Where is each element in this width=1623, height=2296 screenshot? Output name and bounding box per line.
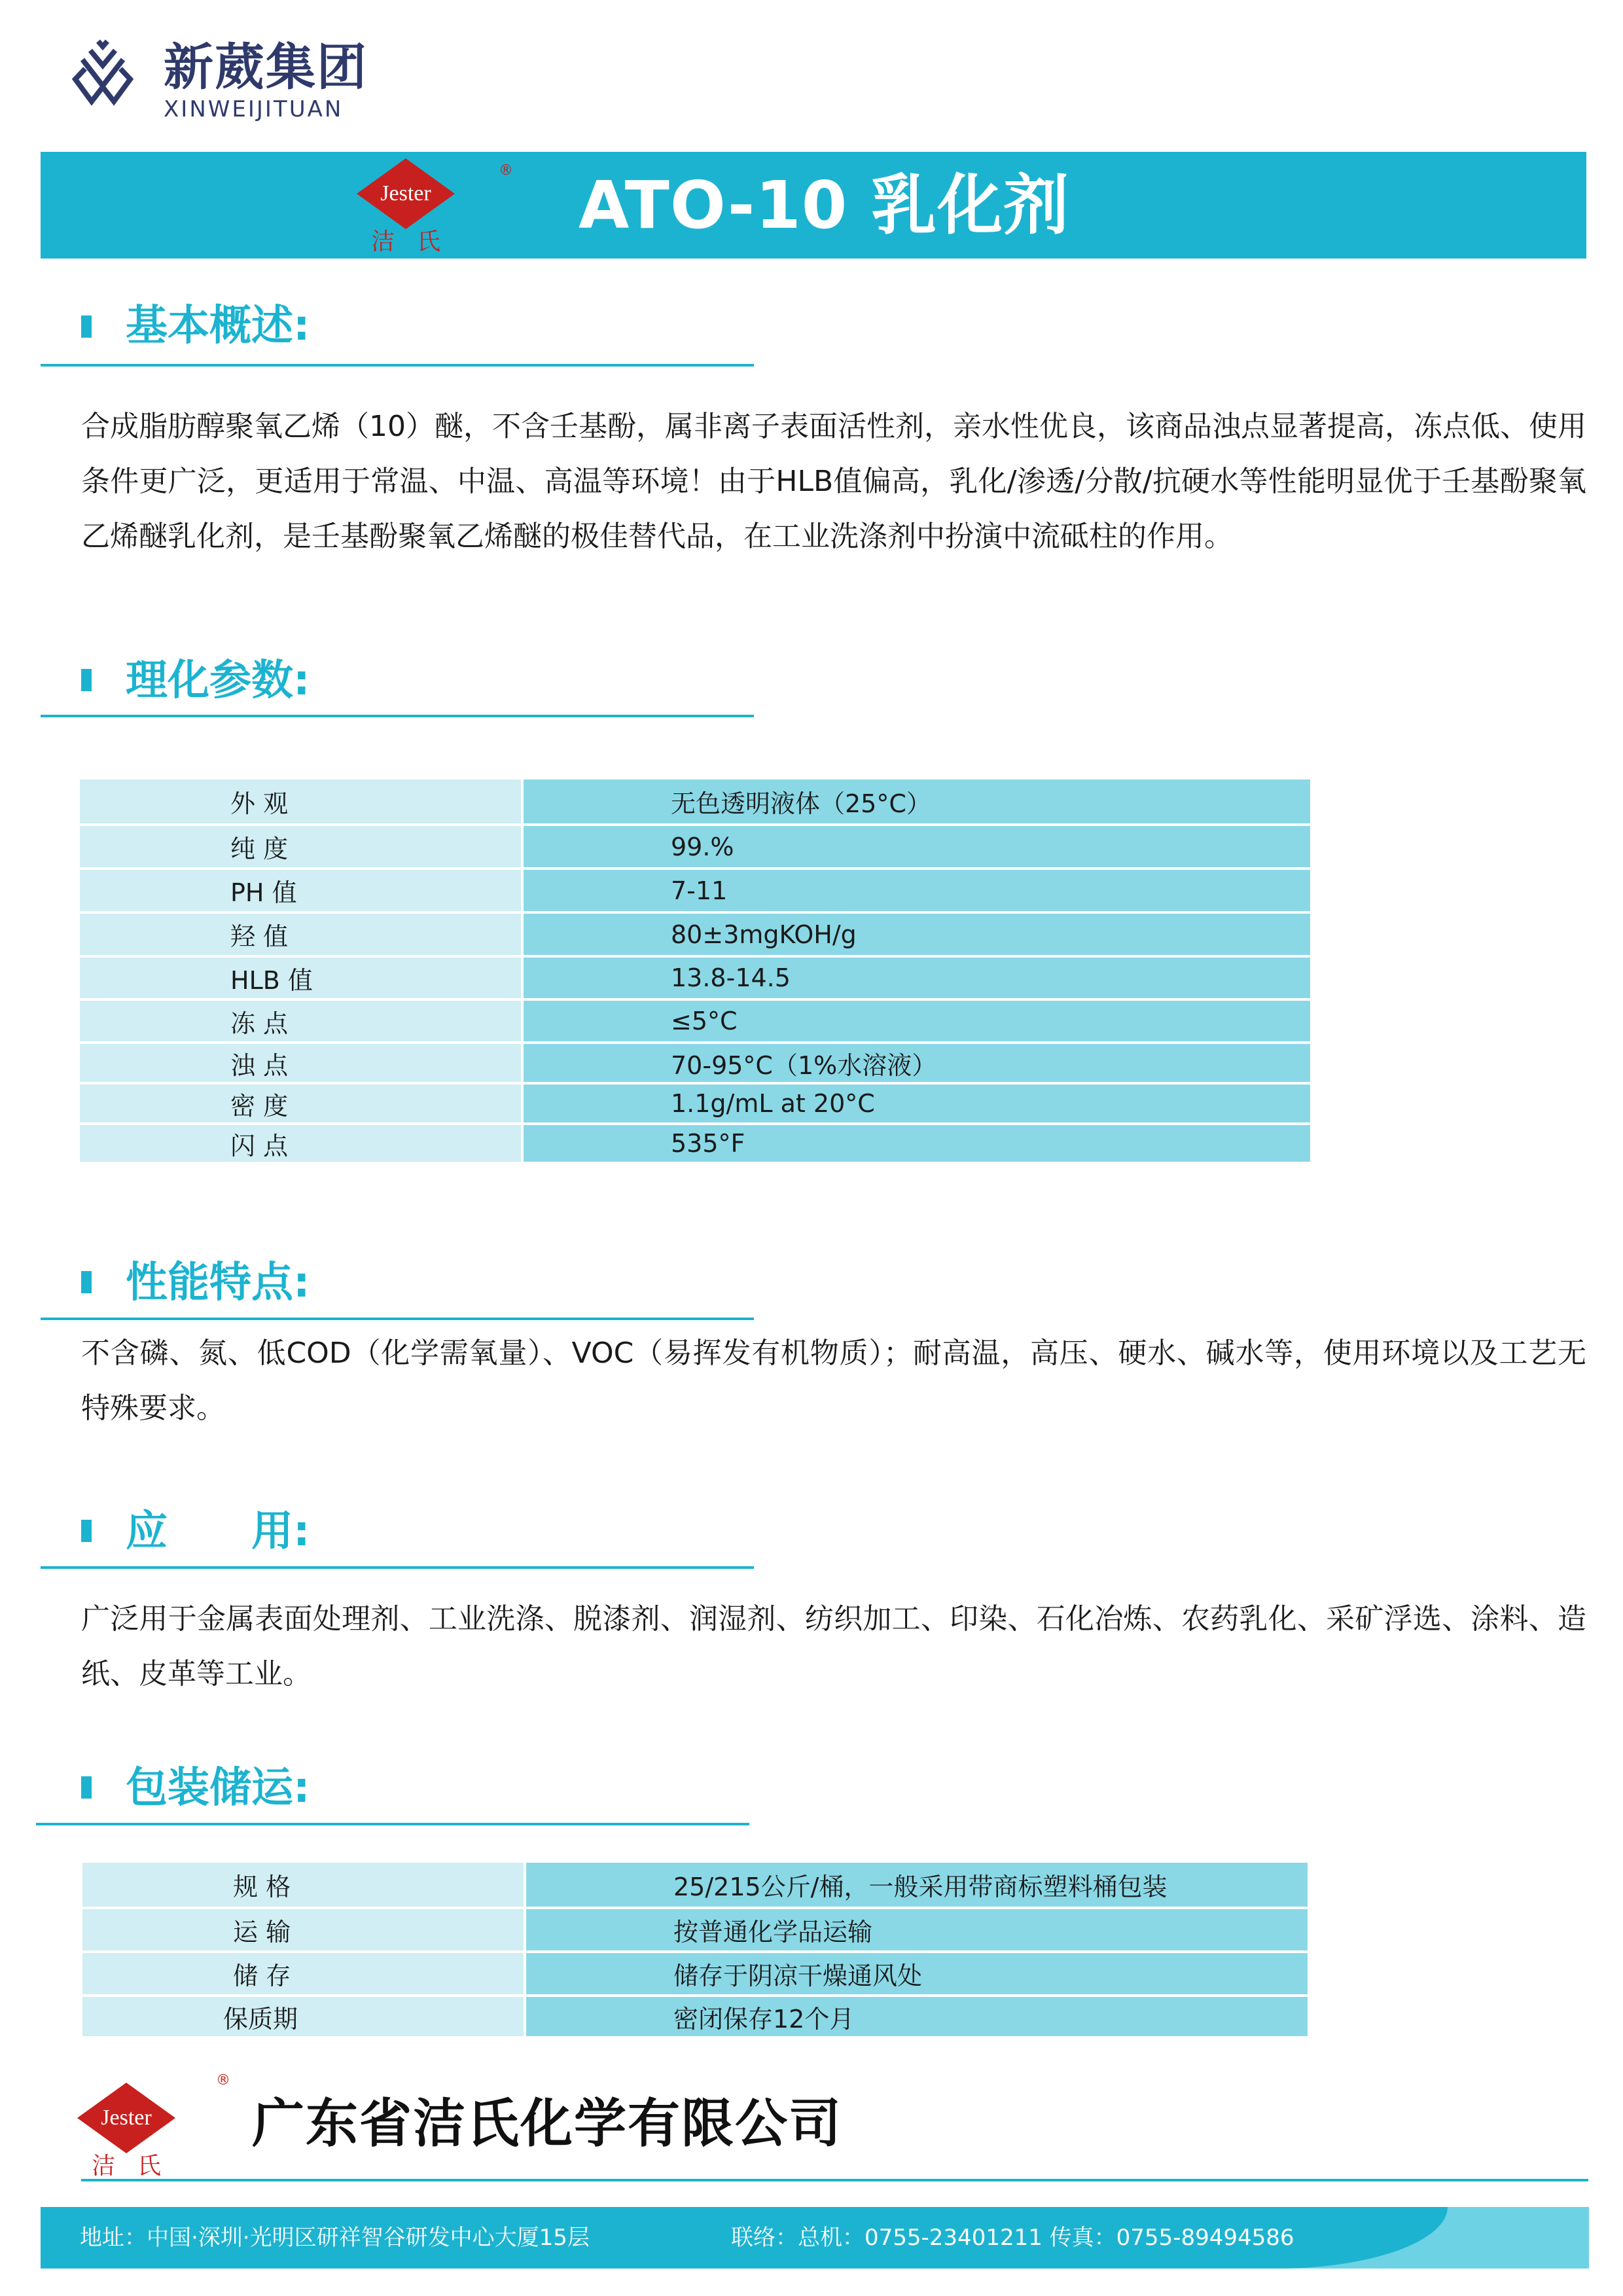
jester-diamond-icon: Jester <box>77 2083 175 2153</box>
table-cell-label: 储 存 <box>82 1953 524 1994</box>
value-text: 99.% <box>671 833 734 861</box>
heading-text: 理化参数: <box>126 655 310 707</box>
heading-underline <box>36 1823 749 1825</box>
table-row: 羟 值80±3mgKOH/g <box>80 914 1310 955</box>
jester-cn-left: 洁 <box>371 229 395 255</box>
heading-text: 性能特点: <box>126 1257 310 1309</box>
table-row: 外 观无色透明液体（25°C） <box>80 780 1310 823</box>
heading-text: 包装储运: <box>126 1762 310 1814</box>
table-cell-label: 闪 点 <box>80 1125 521 1162</box>
value-text: 13.8-14.5 <box>671 963 791 992</box>
label-text: 闪 点 <box>230 1126 288 1162</box>
table-cell-value: 1.1g/mL at 20°C <box>524 1085 1310 1122</box>
footer-address: 地址：中国·深圳·光明区研祥智谷研发中心大厦15层 <box>80 2207 590 2269</box>
heading-square-icon <box>81 1271 92 1293</box>
heading-square-icon <box>81 1776 92 1799</box>
value-text: 按普通化学品运输 <box>673 1912 872 1948</box>
label-text: 冻 点 <box>230 1003 288 1039</box>
value-text: 70-95°C（1%水溶液） <box>671 1045 936 1081</box>
table-cell-value: 99.% <box>524 826 1310 867</box>
value-text: 25/215公斤/桶，一般采用带商标塑料桶包装 <box>673 1867 1168 1903</box>
table-row: PH 值7-11 <box>80 870 1310 911</box>
label-text: 浊 点 <box>230 1045 288 1081</box>
table-cell-value: 储存于阴凉干燥通风处 <box>526 1953 1308 1994</box>
value-text: 密闭保存12个月 <box>673 1999 854 2035</box>
table-cell-value: 密闭保存12个月 <box>526 1997 1308 2036</box>
footer-jester-logo: Jester 洁 氏 <box>77 2083 175 2184</box>
footer-contact: 联络：总机：0755-23401211 传真：0755-89494586 <box>731 2207 1294 2269</box>
section-heading-features: 性能特点: <box>0 1257 753 1309</box>
heading-underline <box>41 1318 754 1320</box>
label-text: 羟 值 <box>230 916 288 952</box>
jester-cn-text: 洁 氏 <box>357 229 455 255</box>
label-text: 规 格 <box>233 1867 291 1903</box>
table-cell-value: 7-11 <box>524 870 1310 911</box>
heading-square-icon <box>81 315 92 338</box>
table-cell-value: 80±3mgKOH/g <box>524 914 1310 955</box>
registered-mark: ® <box>216 2073 230 2088</box>
features-text: 不含磷、氮、低COD（化学需氧量）、VOC（易挥发有机物质）；耐高温，高压、硬水… <box>81 1326 1586 1436</box>
label-text: 纯 度 <box>230 829 288 865</box>
table-cell-value: ≤5°C <box>524 1001 1310 1041</box>
heading-underline <box>41 364 754 367</box>
table-cell-label: HLB 值 <box>80 958 521 998</box>
heading-underline <box>41 1566 754 1569</box>
table-row: 密 度1.1g/mL at 20°C <box>80 1085 1310 1122</box>
value-text: 7-11 <box>671 876 727 905</box>
group-logo: 新葳集团 XINWEIJITUAN <box>72 36 353 115</box>
table-cell-label: 密 度 <box>80 1085 521 1122</box>
table-row: 纯 度99.% <box>80 826 1310 867</box>
table-cell-label: 纯 度 <box>80 826 521 867</box>
jester-diamond-icon: Jester <box>357 158 455 229</box>
heading-square-icon <box>81 1520 92 1542</box>
value-text: 80±3mgKOH/g <box>671 920 857 949</box>
application-text: 广泛用于金属表面处理剂、工业洗涤、脱漆剂、润湿剂、纺织加工、印染、石化冶炼、农药… <box>81 1592 1586 1702</box>
heading-square-icon <box>81 669 92 691</box>
company-name: 广东省洁氏化学有限公司 <box>252 2091 842 2157</box>
value-text: 储存于阴凉干燥通风处 <box>673 1956 922 1992</box>
table-row: 浊 点70-95°C（1%水溶液） <box>80 1044 1310 1082</box>
jester-cn-right: 氏 <box>137 2153 161 2179</box>
table-cell-label: 浊 点 <box>80 1044 521 1082</box>
table-row: HLB 值13.8-14.5 <box>80 958 1310 998</box>
value-text: 535°F <box>671 1129 745 1158</box>
value-text: ≤5°C <box>671 1007 738 1035</box>
value-text: 无色透明液体（25°C） <box>671 783 931 819</box>
jester-cn-right: 氏 <box>417 229 440 255</box>
table-row: 保质期密闭保存12个月 <box>82 1997 1308 2036</box>
label-text: 密 度 <box>230 1086 288 1122</box>
footer-contact-bar: 地址：中国·深圳·光明区研祥智谷研发中心大厦15层 联络：总机：0755-234… <box>41 2207 1589 2269</box>
table-cell-label: 羟 值 <box>80 914 521 955</box>
jester-logo: Jester 洁 氏 <box>357 158 455 260</box>
jester-cn-text: 洁 氏 <box>77 2153 175 2179</box>
product-title: ATO-10 乳化剂 <box>579 166 1069 245</box>
section-heading-packaging: 包装储运: <box>0 1762 753 1814</box>
label-text: 运 输 <box>233 1912 291 1948</box>
group-name-en: XINWEIJITUAN <box>164 96 343 122</box>
svg-text:Jester: Jester <box>101 2106 152 2130</box>
group-logo-icon <box>72 36 137 108</box>
footer-divider <box>81 2179 1588 2181</box>
table-cell-label: 外 观 <box>80 780 521 823</box>
group-name-cn: 新葳集团 <box>164 36 368 98</box>
section-heading-application: 应 用: <box>0 1505 753 1558</box>
table-cell-value: 25/215公斤/桶，一般采用带商标塑料桶包装 <box>526 1863 1308 1907</box>
table-cell-value: 13.8-14.5 <box>524 958 1310 998</box>
table-cell-label: PH 值 <box>80 870 521 911</box>
table-cell-label: 冻 点 <box>80 1001 521 1041</box>
section-heading-properties: 理化参数: <box>0 655 753 707</box>
svg-text:Jester: Jester <box>380 181 431 206</box>
table-cell-label: 保质期 <box>82 1997 524 2036</box>
heading-text: 应 用: <box>126 1505 310 1558</box>
value-text: 1.1g/mL at 20°C <box>671 1089 875 1118</box>
section-heading-overview: 基本概述: <box>0 300 753 352</box>
table-row: 冻 点≤5°C <box>80 1001 1310 1041</box>
table-row: 闪 点535°F <box>80 1125 1310 1162</box>
jester-cn-left: 洁 <box>92 2153 115 2179</box>
label-text: 外 观 <box>230 783 288 819</box>
table-cell-value: 70-95°C（1%水溶液） <box>524 1044 1310 1082</box>
registered-mark: ® <box>499 164 513 178</box>
table-cell-value: 535°F <box>524 1125 1310 1162</box>
label-text: PH 值 <box>230 872 297 908</box>
table-row: 储 存储存于阴凉干燥通风处 <box>82 1953 1308 1994</box>
heading-text: 基本概述: <box>126 300 310 352</box>
table-cell-value: 按普通化学品运输 <box>526 1909 1308 1950</box>
title-banner: Jester 洁 氏 ® ATO-10 乳化剂 <box>41 152 1586 259</box>
label-text: HLB 值 <box>230 960 313 996</box>
overview-text: 合成脂肪醇聚氧乙烯（10）醚，不含壬基酚，属非离子表面活性剂，亲水性优良，该商品… <box>81 399 1586 564</box>
label-text: 储 存 <box>233 1956 291 1992</box>
table-cell-label: 运 输 <box>82 1909 524 1950</box>
table-cell-label: 规 格 <box>82 1863 524 1907</box>
table-row: 运 输按普通化学品运输 <box>82 1909 1308 1950</box>
label-text: 保质期 <box>223 1999 298 2035</box>
table-cell-value: 无色透明液体（25°C） <box>524 780 1310 823</box>
heading-underline <box>41 715 754 717</box>
table-row: 规 格25/215公斤/桶，一般采用带商标塑料桶包装 <box>82 1863 1308 1907</box>
